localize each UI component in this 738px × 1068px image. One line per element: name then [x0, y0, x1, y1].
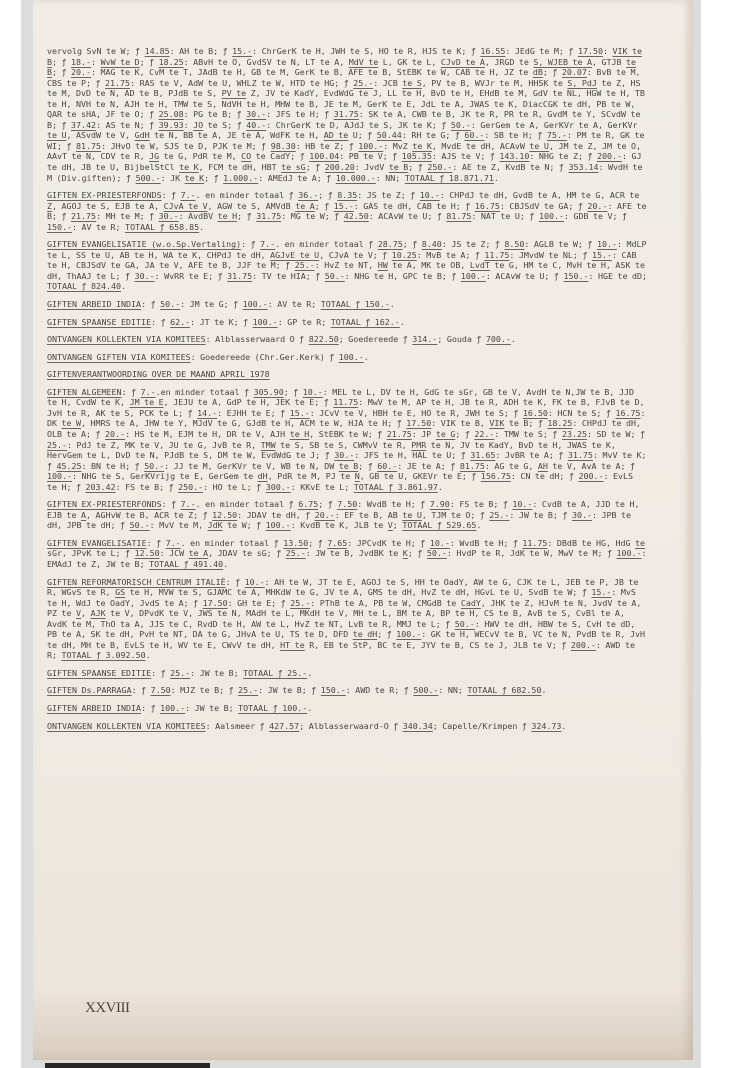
page-number: XXVIII	[85, 1000, 129, 1017]
donation-paragraph: GIFTEN SPAANSE EDITIE: ƒ 62.-: JT te K; …	[47, 317, 647, 328]
donation-paragraph: GIFTEN ARBEID INDIA: ƒ 100.-: JW te B; T…	[47, 703, 647, 714]
donation-paragraph: GIFTEN REFORMATORISCH CENTRUM ITALIË: ƒ …	[47, 577, 647, 661]
donation-paragraph: ONTVANGEN KOLLEKTEN VIA KOMITEES: Aalsme…	[47, 721, 647, 732]
donation-paragraph: GIFTEN ALGEMEEN: ƒ 7.-.en minder totaal …	[47, 387, 647, 492]
donation-paragraph: ONTVANGEN KOLLEKTEN VIA KOMITEES: Alblas…	[47, 334, 647, 345]
document-body: vervolg SvN te W; ƒ 14.85: AH te B; ƒ 15…	[47, 46, 647, 738]
donation-paragraph: GIFTEN ARBEID INDIA: ƒ 50.-: JM te G; ƒ …	[47, 299, 647, 310]
donation-paragraph: vervolg SvN te W; ƒ 14.85: AH te B; ƒ 15…	[47, 46, 647, 183]
donation-paragraph: GIFTEN SPAANSE EDITIE: ƒ 25.-: JW te B; …	[47, 668, 647, 679]
donation-paragraph: GIFTEN EX-PRIESTERFONDS: ƒ 7.-. en minde…	[47, 190, 647, 232]
donation-paragraph: GIFTEN EVANGELISATIE (w.o.Sp.Vertaling):…	[47, 239, 647, 292]
page-bottom-shadow	[45, 1063, 210, 1068]
donation-paragraph: GIFTEN EX-PRIESTERFONDS: ƒ 7.-. en minde…	[47, 499, 647, 531]
month-heading: GIFTENVERANTWOORDING OVER DE MAAND APRIL…	[47, 369, 647, 380]
donation-paragraph: ONTVANGEN GIFTEN VIA KOMITEES: Goedereed…	[47, 352, 647, 363]
donation-paragraph: GIFTEN EVANGELISATIE: ƒ 7.-. en minder t…	[47, 538, 647, 570]
donation-paragraph: GIFTEN Ds.PARRAGA: ƒ 7.50: MJZ te B; ƒ 2…	[47, 685, 647, 696]
